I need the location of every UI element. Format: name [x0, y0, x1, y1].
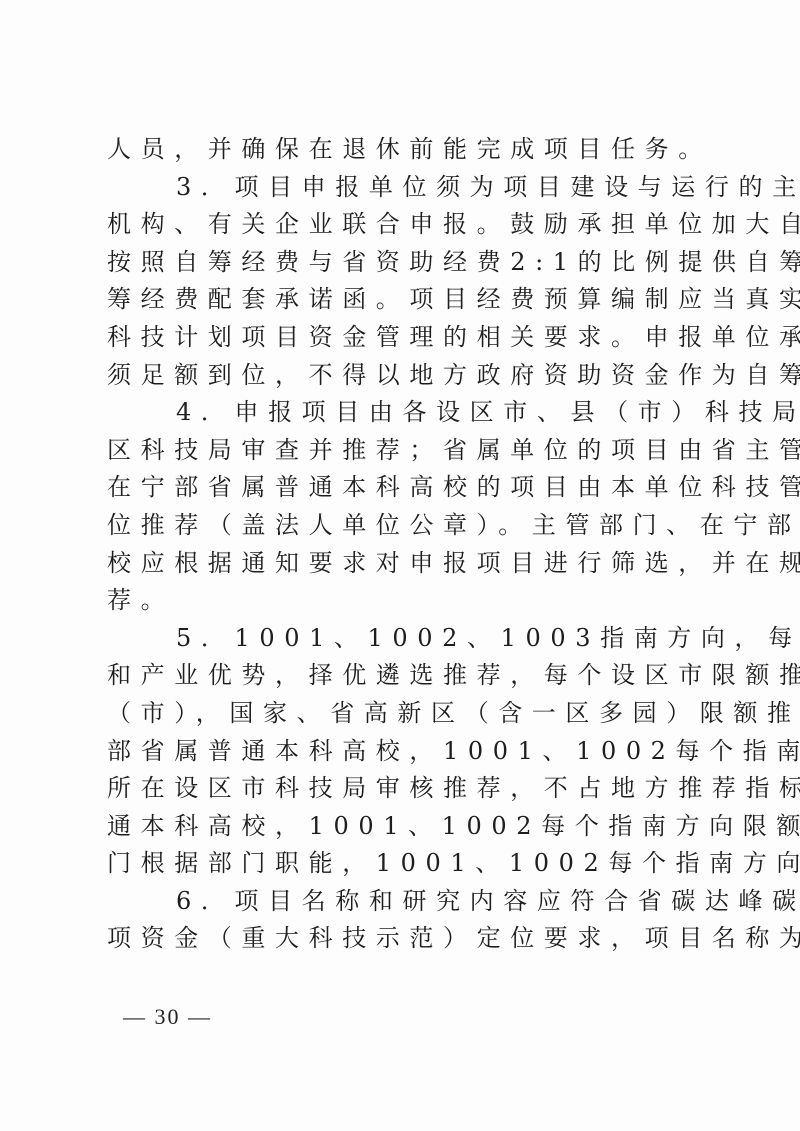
text-line: 须足额到位，不得以地方政府资助资金作为自筹资金来源。 — [107, 357, 697, 395]
text-line: 科技计划项目资金管理的相关要求。申报单位承诺的自筹资金必 — [107, 319, 693, 357]
text-line: 区科技局审查并推荐；省属单位的项目由省主管部门审查推荐； — [107, 432, 693, 470]
text-line: 4．申报项目由各设区市、县（市）科技局，国家、省高新 — [107, 394, 693, 432]
text-line: （市），国家、省高新区（含一区多园）限额推荐1项；非在宁 — [107, 695, 693, 733]
text-line: 6．项目名称和研究内容应符合省碳达峰碳中和科技创新专 — [107, 883, 693, 921]
text-line: 5．1001、1002、1003指南方向，每个设区市结合区域特色 — [107, 620, 693, 658]
document-page: 人员，并确保在退休前能完成项目任务。 3．项目申报单位须为项目建设与运行的主体，… — [0, 0, 800, 1131]
paragraph-continuation: 人员，并确保在退休前能完成项目任务。 — [107, 131, 697, 169]
text-line: 所在设区市科技局审核推荐，不占地方推荐指标；在宁部省属普 — [107, 770, 693, 808]
text-line: 人员，并确保在退休前能完成项目任务。 — [107, 131, 697, 169]
text-line: 校应根据通知要求对申报项目进行筛选，并在规定的额度内推 — [107, 545, 693, 583]
text-line: 荐。 — [107, 582, 697, 620]
paragraph-item-5: 5．1001、1002、1003指南方向，每个设区市结合区域特色 和产业优势，择… — [107, 620, 697, 883]
text-line: 筹经费配套承诺函。项目经费预算编制应当真实、合理，符合省 — [107, 281, 693, 319]
text-line: 3．项目申报单位须为项目建设与运行的主体，鼓励与科研 — [107, 169, 693, 207]
text-line: 通本科高校，1001、1002每个指南方向限额推荐1项；省有关部 — [107, 808, 693, 846]
text-line: 按照自筹经费与省资助经费2:1的比例提供自筹资金，并提供自 — [107, 244, 693, 282]
paragraph-item-4: 4．申报项目由各设区市、县（市）科技局，国家、省高新 区科技局审查并推荐；省属单… — [107, 394, 697, 620]
document-body: 人员，并确保在退休前能完成项目任务。 3．项目申报单位须为项目建设与运行的主体，… — [107, 131, 697, 958]
text-line: 和产业优势，择优遴选推荐，每个设区市限额推荐3项；每个县 — [107, 657, 693, 695]
text-line: 机构、有关企业联合申报。鼓励承担单位加大自筹经费投入力度， — [107, 206, 693, 244]
paragraph-item-3: 3．项目申报单位须为项目建设与运行的主体，鼓励与科研 机构、有关企业联合申报。鼓… — [107, 169, 697, 395]
text-line: 部省属普通本科高校，1001、1002每个指南方向可申报1项，由 — [107, 733, 693, 771]
text-line: 门根据部门职能，1001、1002每个指南方向限额推荐1项。 — [107, 845, 697, 883]
text-line: 在宁部省属普通本科高校的项目由本单位科技管理部门审查，单 — [107, 469, 693, 507]
paragraph-item-6: 6．项目名称和研究内容应符合省碳达峰碳中和科技创新专 项资金（重大科技示范）定位… — [107, 883, 697, 958]
page-number: — 30 — — [123, 1004, 212, 1030]
text-line: 项资金（重大科技示范）定位要求，项目名称为“研究内容+重 — [107, 920, 693, 958]
text-line: 位推荐（盖法人单位公章）。主管部门、在宁部省属普通本科高 — [107, 507, 693, 545]
